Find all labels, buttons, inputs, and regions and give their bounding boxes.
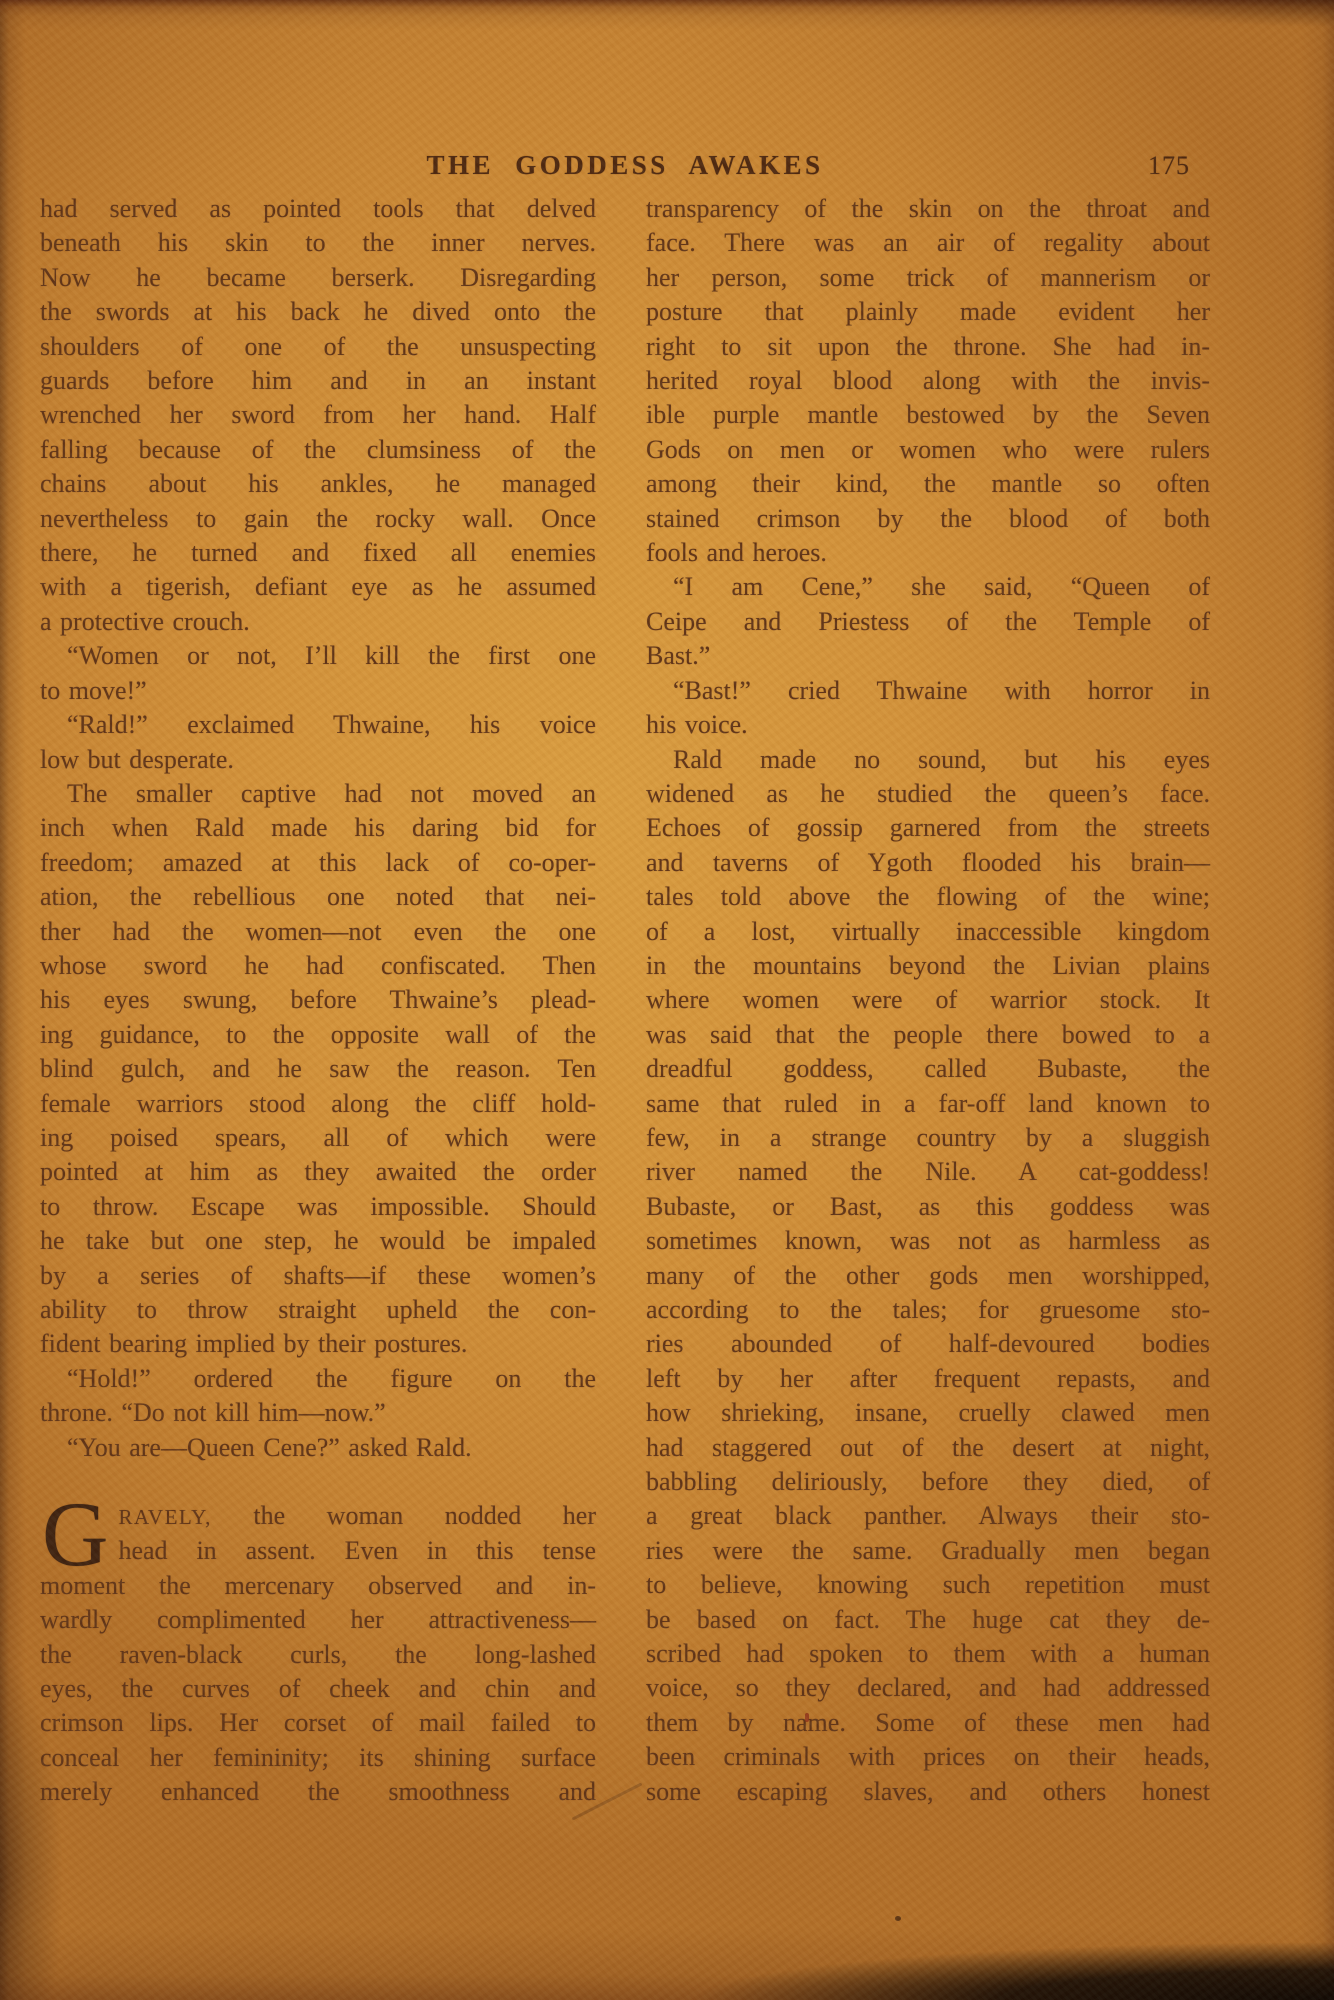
paragraph: GRAVELY, the woman nodded herhead in ass… — [40, 1499, 596, 1810]
paragraph: The smaller captive had not moved aninch… — [40, 777, 596, 1362]
text-line: pointed at him as they awaited the order — [40, 1155, 596, 1189]
text-line: “I am Cene,” she said, “Queen of — [646, 570, 1210, 604]
text-line: nevertheless to gain the rocky wall. Onc… — [40, 502, 596, 536]
paragraph: “Rald!” exclaimed Thwaine, his voicelow … — [40, 708, 596, 777]
text-line: fident bearing implied by their postures… — [40, 1327, 596, 1361]
paragraph: transparency of the skin on the throat a… — [646, 192, 1210, 570]
text-line: of a lost, virtually inaccessible kingdo… — [646, 915, 1210, 949]
text-line: was said that the people there bowed to … — [646, 1018, 1210, 1052]
paragraph: “Bast!” cried Thwaine with horror inhis … — [646, 674, 1210, 743]
paragraph: “Hold!” ordered the figure on thethrone.… — [40, 1362, 596, 1431]
text-line: herited royal blood along with the invis… — [646, 364, 1210, 398]
text-line: shoulders of one of the unsuspecting — [40, 330, 596, 364]
text-line: scribed had spoken to them with a human — [646, 1637, 1210, 1671]
text-line: he take but one step, he would be impale… — [40, 1224, 596, 1258]
text-line: crimson lips. Her corset of mail failed … — [40, 1706, 596, 1740]
text-line: female warriors stood along the cliff ho… — [40, 1087, 596, 1121]
text-line: them by name. Some of these men had — [646, 1706, 1210, 1740]
running-title: THE GODDESS AWAKES — [40, 150, 1210, 181]
text-line: beneath his skin to the inner nerves. — [40, 226, 596, 260]
text-line: “Women or not, I’ll kill the first one — [40, 639, 596, 673]
text-line: had served as pointed tools that delved — [40, 192, 596, 226]
text-line: head in assent. Even in this tense — [40, 1534, 596, 1568]
text-line: ther had the women—not even the one — [40, 915, 596, 949]
text-line: whose sword he had confiscated. Then — [40, 949, 596, 983]
text-line: to believe, knowing such repetition must — [646, 1568, 1210, 1602]
text-line: freedom; amazed at this lack of co-oper- — [40, 846, 596, 880]
text-line: eyes, the curves of cheek and chin and — [40, 1672, 596, 1706]
text-line: among their kind, the mantle so often — [646, 467, 1210, 501]
text-line: sometimes known, was not as harmless as — [646, 1224, 1210, 1258]
text-line: many of the other gods men worshipped, — [646, 1259, 1210, 1293]
text-line: river named the Nile. A cat-goddess! — [646, 1155, 1210, 1189]
text-line: moment the mercenary observed and in- — [40, 1569, 596, 1603]
column-left: had served as pointed tools that delvedb… — [40, 192, 596, 1810]
text-line: a protective crouch. — [40, 605, 596, 639]
text-line: ation, the rebellious one noted that nei… — [40, 880, 596, 914]
text-line: Ceipe and Priestess of the Temple of — [646, 605, 1210, 639]
small-caps-word: RAVELY, — [118, 1505, 211, 1529]
text-line: ing guidance, to the opposite wall of th… — [40, 1018, 596, 1052]
paragraph: “You are—Queen Cene?” asked Rald. — [40, 1431, 596, 1465]
column-right: transparency of the skin on the throat a… — [646, 192, 1210, 1810]
paper-speckle-dark — [895, 1916, 901, 1921]
text-line: ries abounded of half-devoured bodies — [646, 1327, 1210, 1361]
text-line: same that ruled in a far-off land known … — [646, 1087, 1210, 1121]
text-line: with a tigerish, defiant eye as he assum… — [40, 570, 596, 604]
text-line: where women were of warrior stock. It — [646, 983, 1210, 1017]
text-line: ing poised spears, all of which were — [40, 1121, 596, 1155]
text-line: merely enhanced the smoothness and — [40, 1775, 596, 1809]
text-line: wrenched her sword from her hand. Half — [40, 398, 596, 432]
text-line: transparency of the skin on the throat a… — [646, 192, 1210, 226]
text-line: there, he turned and fixed all enemies — [40, 536, 596, 570]
text-line: his voice. — [646, 708, 1210, 742]
text-line: voice, so they declared, and had address… — [646, 1671, 1210, 1705]
text-line: conceal her femininity; its shining surf… — [40, 1741, 596, 1775]
drop-cap: G — [42, 1501, 108, 1567]
text-line: Gods on men or women who were rulers — [646, 433, 1210, 467]
text-line: few, in a strange country by a sluggish — [646, 1121, 1210, 1155]
text-line: some escaping slaves, and others honest — [646, 1775, 1210, 1809]
text-line: low but desperate. — [40, 743, 596, 777]
text-line: babbling deliriously, before they died, … — [646, 1465, 1210, 1499]
text-columns: had served as pointed tools that delvedb… — [40, 192, 1210, 1810]
text-line: in the mountains beyond the Livian plain… — [646, 949, 1210, 983]
text-line: “Rald!” exclaimed Thwaine, his voice — [40, 708, 596, 742]
text-line: fools and heroes. — [646, 536, 1210, 570]
text-line: her person, some trick of mannerism or — [646, 261, 1210, 295]
text-line: dreadful goddess, called Bubaste, the — [646, 1052, 1210, 1086]
text-line: how shrieking, insane, cruelly clawed me… — [646, 1396, 1210, 1430]
text-line: to throw. Escape was impossible. Should — [40, 1190, 596, 1224]
text-line: ible purple mantle bestowed by the Seven — [646, 398, 1210, 432]
text-line: The smaller captive had not moved an — [40, 777, 596, 811]
text-line: inch when Rald made his daring bid for — [40, 811, 596, 845]
running-header: THE GODDESS AWAKES 175 — [40, 150, 1210, 190]
text-line: wardly complimented her attractiveness— — [40, 1603, 596, 1637]
text-line: stained crimson by the blood of both — [646, 502, 1210, 536]
paragraph: “Women or not, I’ll kill the first oneto… — [40, 639, 596, 708]
paragraph: had served as pointed tools that delvedb… — [40, 192, 596, 639]
text-line: falling because of the clumsiness of the — [40, 433, 596, 467]
text-line: his eyes swung, before Thwaine’s plead- — [40, 983, 596, 1017]
text-line: tales told above the flowing of the wine… — [646, 880, 1210, 914]
text-line: according to the tales; for gruesome sto… — [646, 1293, 1210, 1327]
text-line: “Hold!” ordered the figure on the — [40, 1362, 596, 1396]
text-line: “You are—Queen Cene?” asked Rald. — [40, 1431, 596, 1465]
text-line: to move!” — [40, 674, 596, 708]
text-line: and taverns of Ygoth flooded his brain— — [646, 846, 1210, 880]
text-line: Now he became berserk. Disregarding — [40, 261, 596, 295]
text-line: be based on fact. The huge cat they de- — [646, 1603, 1210, 1637]
text-line: Echoes of gossip garnered from the stree… — [646, 811, 1210, 845]
book-page: THE GODDESS AWAKES 175 had served as poi… — [0, 0, 1334, 2000]
text-line: been criminals with prices on their head… — [646, 1740, 1210, 1774]
text-line: Bubaste, or Bast, as this goddess was — [646, 1190, 1210, 1224]
text-line: guards before him and in an instant — [40, 364, 596, 398]
text-line: the raven-black curls, the long-lashed — [40, 1638, 596, 1672]
text-line: ries were the same. Gradually men began — [646, 1534, 1210, 1568]
text-line: Rald made no sound, but his eyes — [646, 743, 1210, 777]
text-line: chains about his ankles, he managed — [40, 467, 596, 501]
text-line: blind gulch, and he saw the reason. Ten — [40, 1052, 596, 1086]
text-line: a great black panther. Always their sto- — [646, 1499, 1210, 1533]
text-line: by a series of shafts—if these women’s — [40, 1259, 596, 1293]
paper-speckle-red — [805, 1713, 809, 1722]
text-line: RAVELY, the woman nodded her — [40, 1499, 596, 1534]
text-line: left by her after frequent repasts, and — [646, 1362, 1210, 1396]
paragraph: “I am Cene,” she said, “Queen ofCeipe an… — [646, 570, 1210, 673]
text-line: ability to throw straight upheld the con… — [40, 1293, 596, 1327]
page-number: 175 — [1148, 151, 1190, 181]
text-line: Bast.” — [646, 639, 1210, 673]
text-line: face. There was an air of regality about — [646, 226, 1210, 260]
text-line: posture that plainly made evident her — [646, 295, 1210, 329]
paragraph: Rald made no sound, but his eyeswidened … — [646, 743, 1210, 1810]
text-line: widened as he studied the queen’s face. — [646, 777, 1210, 811]
text-line: “Bast!” cried Thwaine with horror in — [646, 674, 1210, 708]
text-line: right to sit upon the throne. She had in… — [646, 330, 1210, 364]
text-line: throne. “Do not kill him—now.” — [40, 1396, 596, 1430]
text-line: the swords at his back he dived onto the — [40, 295, 596, 329]
text-line: had staggered out of the desert at night… — [646, 1431, 1210, 1465]
